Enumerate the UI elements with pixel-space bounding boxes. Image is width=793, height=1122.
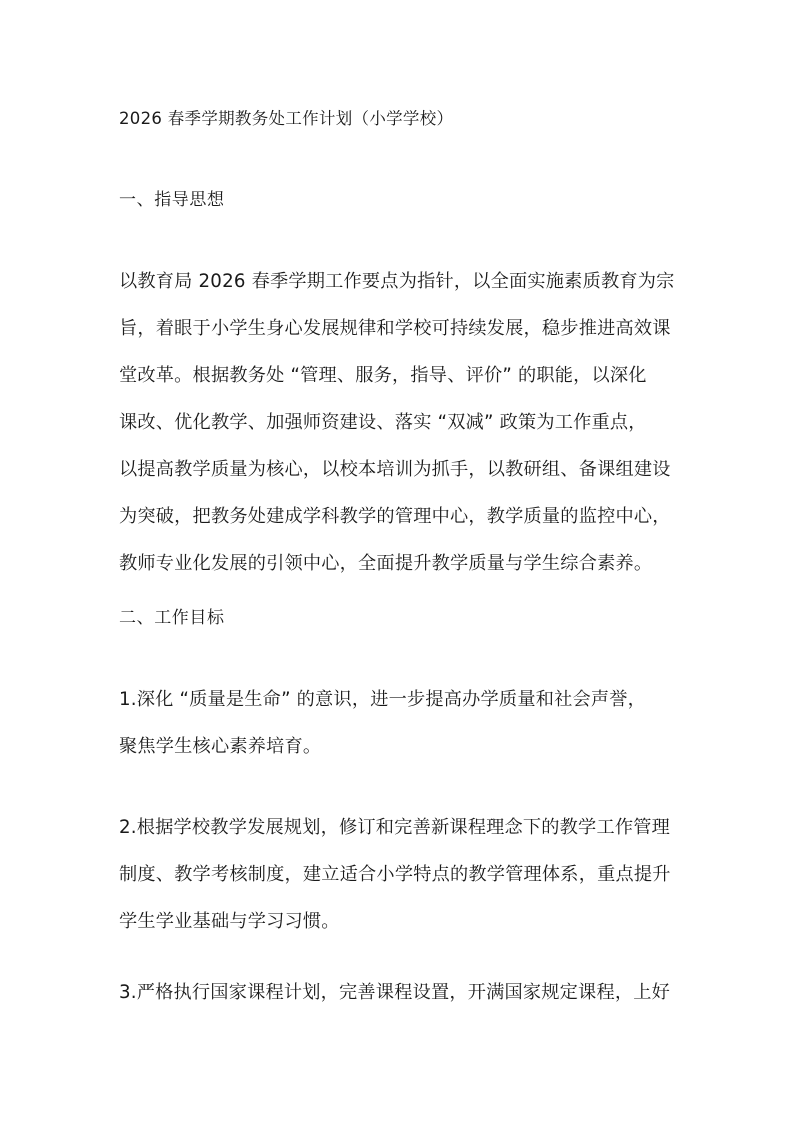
text-line: 堂改革。根据教务处 “管理、服务，指导、评价” 的职能，以深化 xyxy=(119,364,647,388)
text-line: 以教育局 2026 春季学期工作要点为指针，以全面实施素质教育为宗 xyxy=(119,270,675,294)
document-page: 2026 春季学期教务处工作计划（小学学校） 一、指导思想 以教育局 2026 … xyxy=(0,0,793,1122)
text-line: 旨，着眼于小学生身心发展规律和学校可持续发展，稳步推进高效课 xyxy=(119,317,671,341)
text-line: 制度、教学考核制度，建立适合小学特点的教学管理体系，重点提升 xyxy=(119,863,671,887)
text-line: 1.深化 “质量是生命” 的意识，进一步提高办学质量和社会声誉， xyxy=(119,688,646,712)
text-line: 课改、优化教学、加强师资建设、落实 “双减” 政策为工作重点， xyxy=(119,411,647,435)
text-line: 教师专业化发展的引领中心，全面提升教学质量与学生综合素养。 xyxy=(119,552,652,576)
document-title: 2026 春季学期教务处工作计划（小学学校） xyxy=(119,107,453,131)
text-line: 2.根据学校教学发展规划，修订和完善新课程理念下的教学工作管理 xyxy=(119,816,670,840)
text-line: 3.严格执行国家课程计划，完善课程设置，开满国家规定课程，上好 xyxy=(119,981,670,1005)
text-line: 以提高教学质量为核心，以校本培训为抓手，以教研组、备课组建设 xyxy=(119,458,671,482)
section-heading-guiding-ideology: 一、指导思想 xyxy=(119,188,225,212)
text-line: 学生学业基础与学习习惯。 xyxy=(119,910,340,934)
section-heading-work-goals: 二、工作目标 xyxy=(119,606,225,630)
text-line: 为突破，把教务处建成学科教学的管理中心，教学质量的监控中心， xyxy=(119,505,671,529)
text-line: 聚焦学生核心素养培育。 xyxy=(119,735,321,759)
